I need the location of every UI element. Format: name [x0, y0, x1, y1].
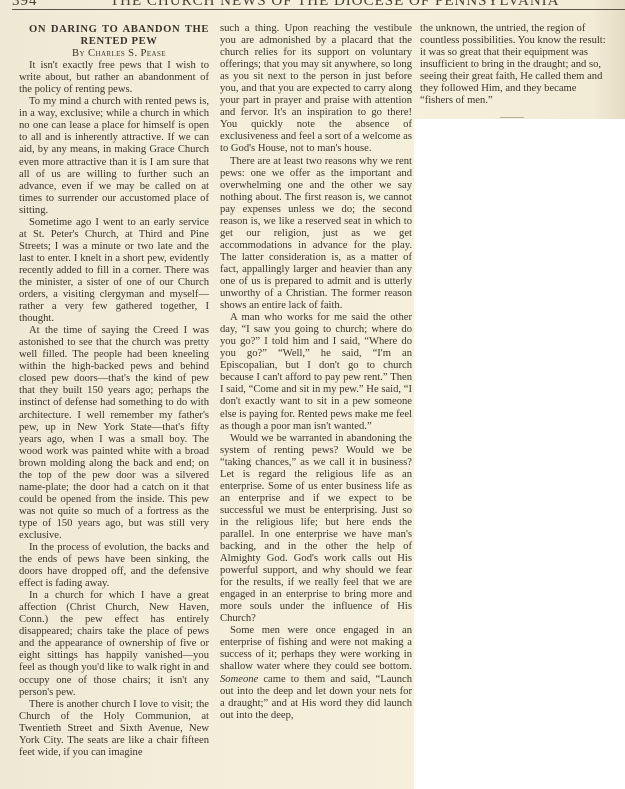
article-title-line-2: RENTED PEW [19, 36, 209, 48]
italic-word: Someone [220, 674, 258, 685]
paragraph: Would we be warranted in abandoning the … [220, 433, 412, 626]
paragraph: To my mind a church with rented pews is,… [19, 96, 209, 216]
paragraph: It isn't exactly free pews that I wish t… [19, 60, 209, 96]
paragraph: In the process of evolution, the backs a… [19, 542, 209, 590]
paragraph: There is another church I love to visit;… [19, 699, 209, 759]
header-rule [12, 9, 625, 10]
article-column-3: the unknown, the untried, the region of … [420, 23, 608, 107]
paragraph-continuation: the unknown, the untried, the region of … [420, 23, 608, 107]
paragraph-text: Some men were once engaged in an enterpr… [220, 625, 412, 672]
paragraph: Sometime ago I went to an early service … [19, 217, 209, 325]
paragraph: In a church for which I have a great aff… [19, 590, 209, 698]
paragraph: There are at least two reasons why we re… [220, 156, 412, 313]
article-byline: By Charles S. Pease [19, 48, 209, 60]
paragraph: A man who works for me said the other da… [220, 312, 412, 432]
paragraph: Some men were once engaged in an enterpr… [220, 625, 412, 721]
paragraph: At the time of saying the Creed I was as… [19, 325, 209, 542]
article-title-line-1: ON DARING TO ABANDON THE [19, 24, 209, 36]
article-column-2: such a thing. Upon reaching the vestibul… [220, 23, 412, 722]
end-rule [500, 117, 524, 118]
paragraph-continuation: such a thing. Upon reaching the vestibul… [220, 23, 412, 156]
running-header: 394 THE CHURCH NEWS OF THE DIOCESE OF PE… [0, 0, 625, 7]
article-column-1: ON DARING TO ABANDON THE RENTED PEW By C… [19, 24, 209, 759]
